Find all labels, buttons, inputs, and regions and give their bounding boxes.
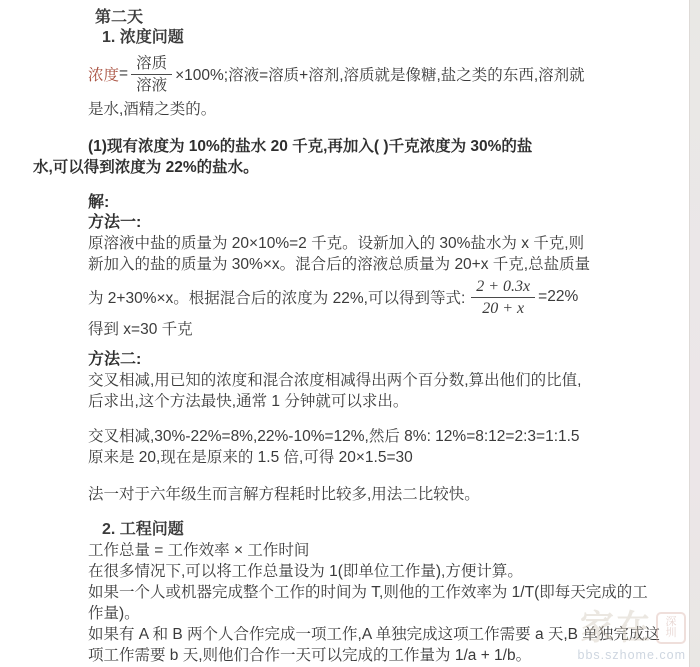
formula-rest: ×100%;溶液=溶质+溶剂,溶质就是像糖,盐之类的东西,溶剂就 <box>175 63 585 85</box>
formula-equals: = <box>119 65 128 83</box>
method1-equation-row: 为 2+30%×x。根据混合后的浓度为 22%,可以得到等式: 2 + 0.3x… <box>88 275 670 319</box>
watermark-site-url: bbs.szhome.com <box>578 649 686 662</box>
method2-line4: 原来是 20,现在是原来的 1.5 倍,可得 20×1.5=30 <box>88 447 670 468</box>
formula-lhs: 浓度 <box>88 63 119 85</box>
watermark: 家在 深圳 bbs.szhome.com <box>578 611 686 662</box>
method2-line3: 交叉相减,30%-22%=8%,22%-10%=12%,然后 8%: 12%=8… <box>88 426 670 447</box>
problem-line2: 水,可以得到浓度为 22%的盐水。 <box>33 157 670 178</box>
method2-para1: 交叉相减,用已知的浓度和混合浓度相减得出两个百分数,算出他们的比值, 后求出,这… <box>88 370 670 412</box>
concentration-formula: 浓度=溶质溶液×100%;溶液=溶质+溶剂,溶质就是像糖,盐之类的东西,溶剂就 <box>88 53 670 95</box>
method2-para2: 交叉相减,30%-22%=8%,22%-10%=12%,然后 8%: 12%=8… <box>88 426 670 468</box>
equation-prefix: 为 2+30%×x。根据混合后的浓度为 22%,可以得到等式: <box>88 286 465 308</box>
method2-line2: 后求出,这个方法最快,通常 1 分钟就可以求出。 <box>88 391 670 412</box>
equation-denominator: 20 + x <box>471 298 535 318</box>
fraction-denominator: 溶液 <box>131 75 172 95</box>
photo-edge-strip <box>689 0 700 667</box>
method-remark: 法一对于六年级生而言解方程耗时比较多,用法二比较快。 <box>88 484 670 505</box>
equation-result: =22% <box>538 288 578 306</box>
equation-fraction: 2 + 0.3x20 + x <box>471 277 535 318</box>
work-line-2: 在很多情况下,可以将工作总量设为 1(即单位工作量),方便计算。 <box>88 561 670 582</box>
work-line-1: 工作总量 = 工作效率 × 工作时间 <box>88 540 670 561</box>
section1-heading: 1. 浓度问题 <box>88 28 670 48</box>
formula-line2: 是水,酒精之类的。 <box>88 99 670 120</box>
watermark-brand-text: 家在 <box>580 611 652 645</box>
work-line-3: 如果一个人或机器完成整个工作的时间为 T,则他的工作效率为 1/T(即每天完成的… <box>88 582 670 603</box>
method1-line2: 新加入的盐的质量为 30%×x。混合后的溶液总质量为 20+x 千克,总盐质量 <box>88 254 670 275</box>
problem-line1: (1)现有浓度为 10%的盐水 20 千克,再加入( )千克浓度为 30%的盐 <box>33 136 670 157</box>
method1-line1: 原溶液中盐的质量为 20×10%=2 千克。设新加入的 30%盐水为 x 千克,… <box>88 233 670 254</box>
method2-line1: 交叉相减,用已知的浓度和混合浓度相减得出两个百分数,算出他们的比值, <box>88 370 670 391</box>
section2-heading: 2. 工程问题 <box>88 520 670 540</box>
formula-fraction: 溶质溶液 <box>131 54 172 95</box>
method1-body: 原溶液中盐的质量为 20×10%=2 千克。设新加入的 30%盐水为 x 千克,… <box>88 233 670 340</box>
equation-numerator: 2 + 0.3x <box>471 277 535 298</box>
page-title: 第二天 <box>88 8 670 28</box>
problem-statement: (1)现有浓度为 10%的盐水 20 千克,再加入( )千克浓度为 30%的盐 … <box>33 136 670 178</box>
document-page: 第二天 1. 浓度问题 浓度=溶质溶液×100%;溶液=溶质+溶剂,溶质就是像糖… <box>0 0 700 667</box>
watermark-seal: 深圳 <box>656 612 686 644</box>
method1-heading: 方法一: <box>88 213 670 233</box>
solution-label: 解: <box>88 193 670 213</box>
fraction-numerator: 溶质 <box>131 54 172 75</box>
method2-heading: 方法二: <box>88 350 670 370</box>
method1-line4: 得到 x=30 千克 <box>88 319 670 340</box>
